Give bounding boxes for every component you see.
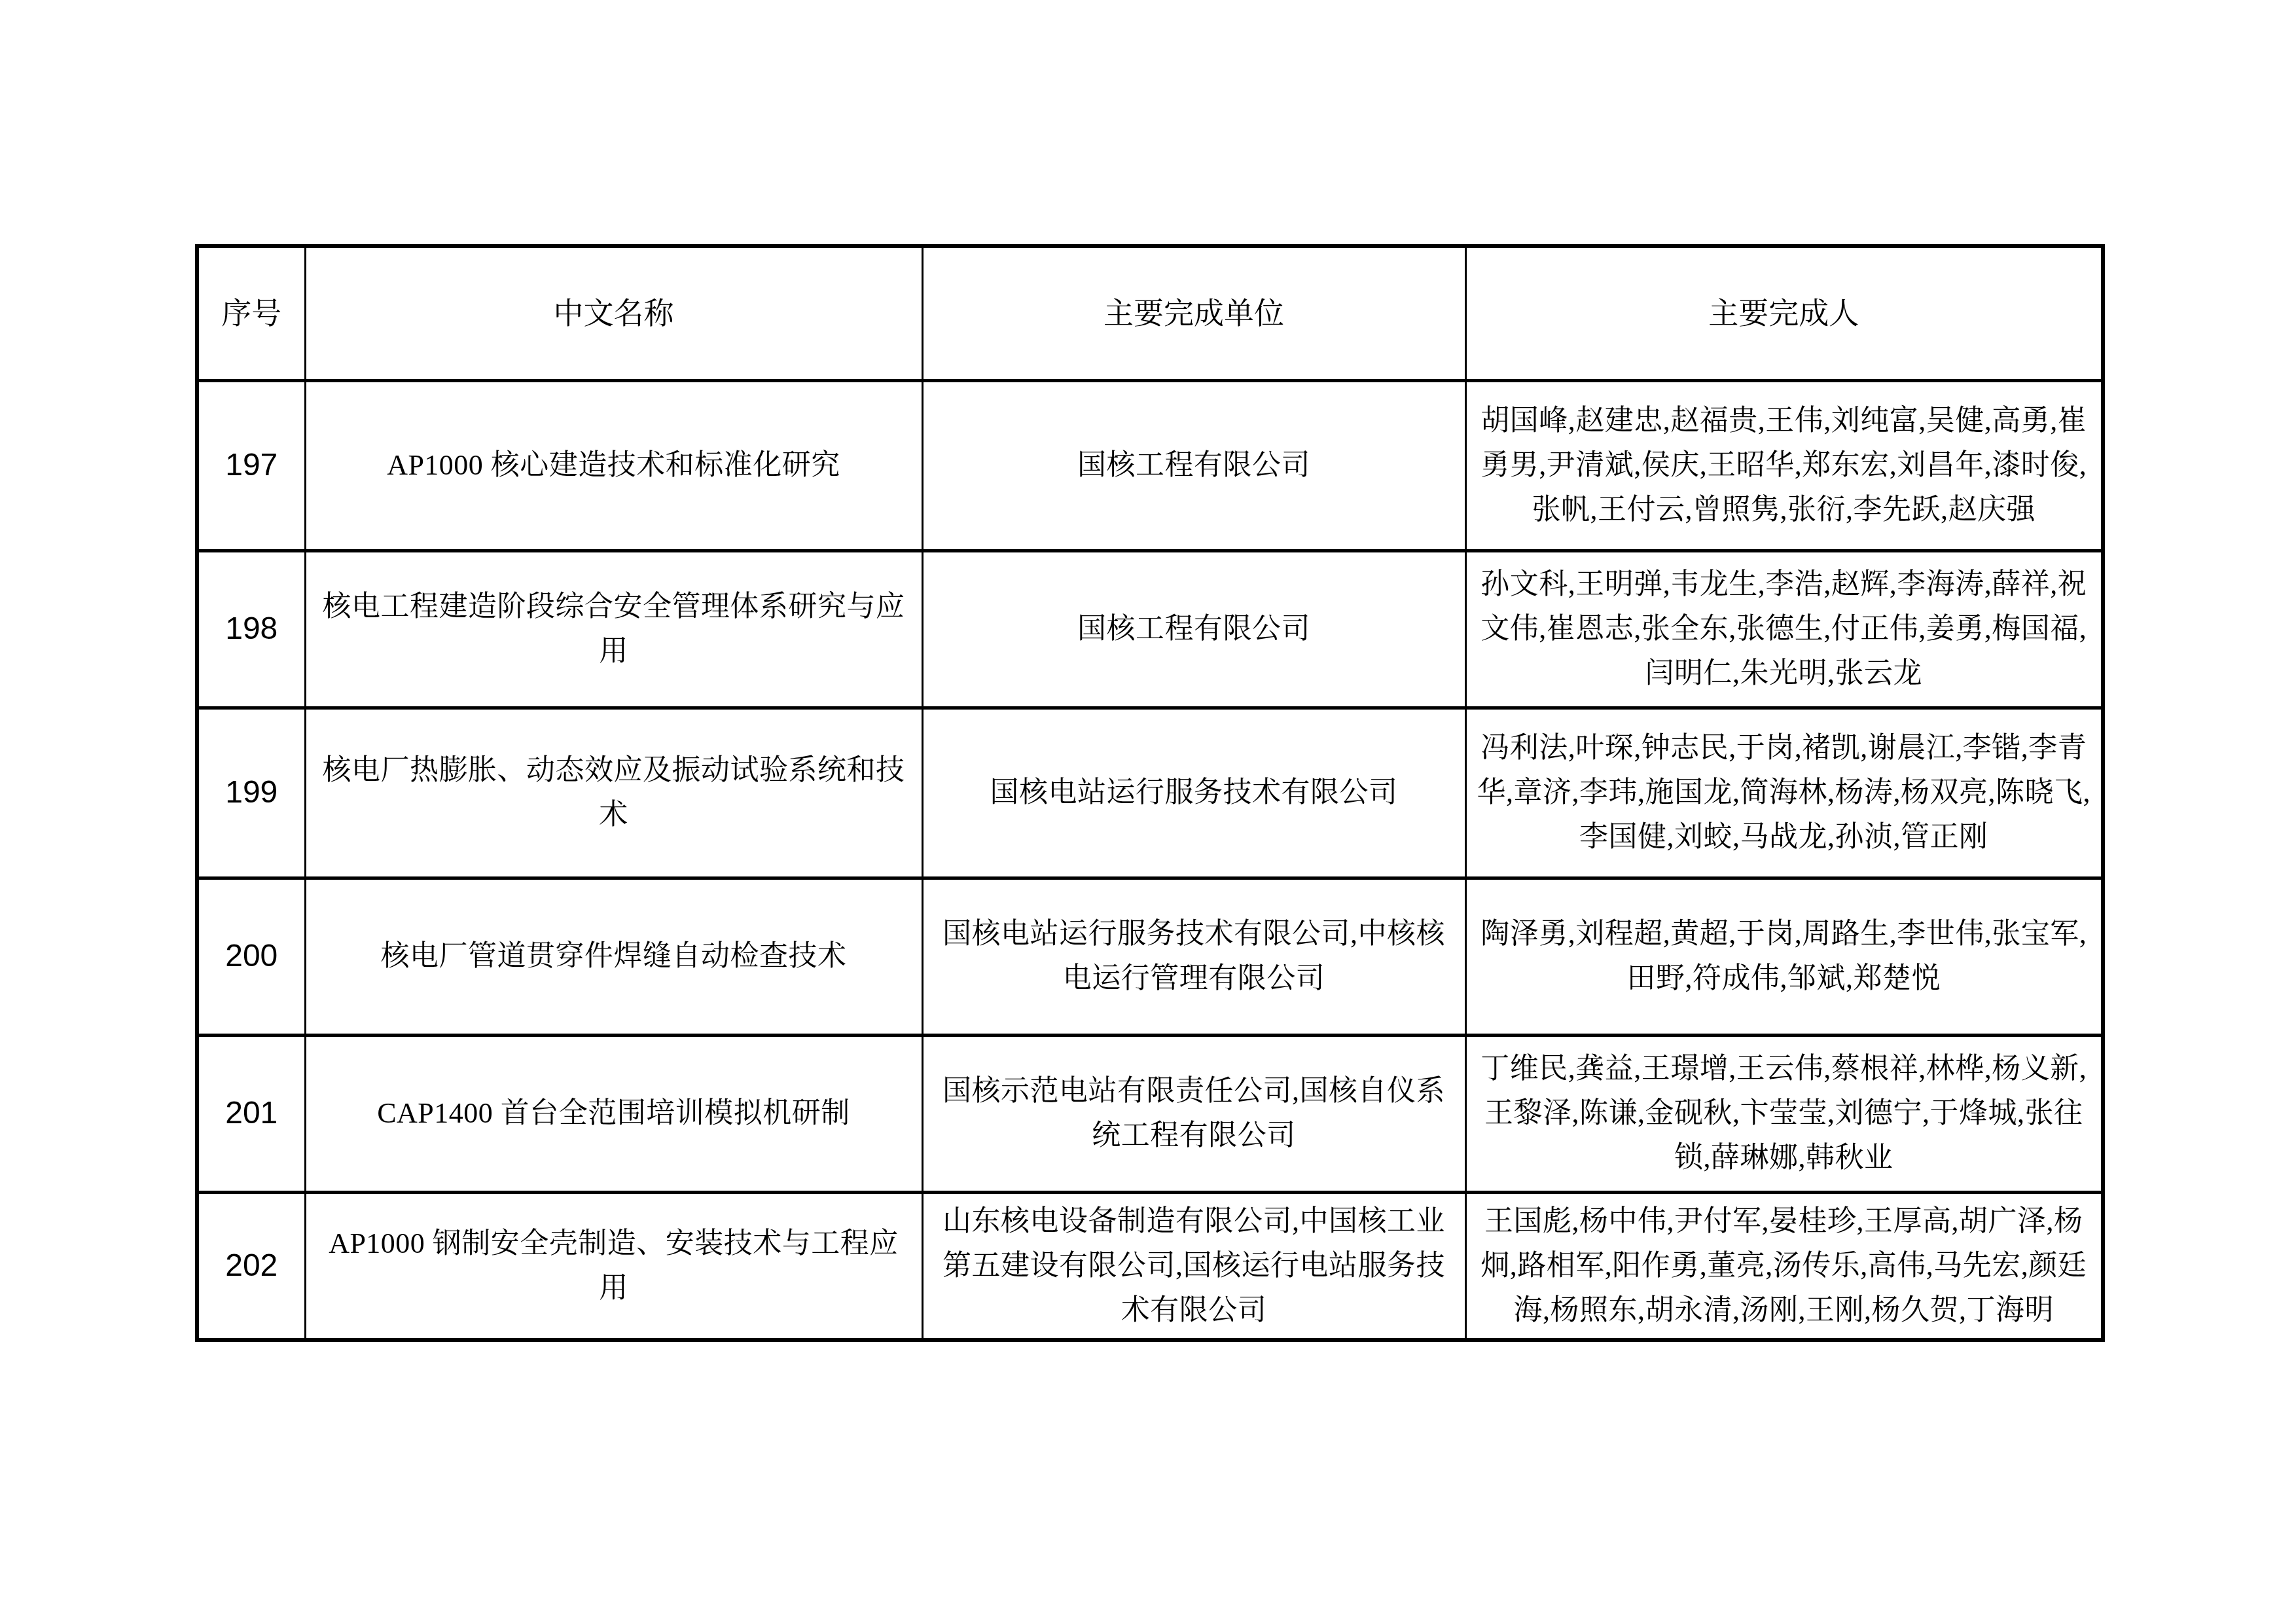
cell-main-unit: 国核工程有限公司: [922, 550, 1465, 708]
table-row: 199 核电厂热膨胀、动态效应及振动试验系统和技术 国核电站运行服务技术有限公司…: [197, 708, 2103, 878]
table-row: 200 核电厂管道贯穿件焊缝自动检查技术 国核电站运行服务技术有限公司,中核核电…: [197, 878, 2103, 1035]
cell-project-name: AP1000 核心建造技术和标准化研究: [305, 380, 922, 550]
cell-contributors: 孙文科,王明弹,韦龙生,李浩,赵辉,李海涛,薛祥,祝文伟,崔恩志,张全东,张德生…: [1465, 550, 2103, 708]
cell-main-unit: 国核电站运行服务技术有限公司,中核核电运行管理有限公司: [922, 878, 1465, 1035]
table-row: 198 核电工程建造阶段综合安全管理体系研究与应用 国核工程有限公司 孙文科,王…: [197, 550, 2103, 708]
cell-contributors: 胡国峰,赵建忠,赵福贵,王伟,刘纯富,吴健,高勇,崔勇男,尹清斌,侯庆,王昭华,…: [1465, 380, 2103, 550]
header-main-unit: 主要完成单位: [922, 246, 1465, 380]
cell-serial: 197: [197, 380, 305, 550]
cell-contributors: 冯利法,叶琛,钟志民,于岗,褚凯,谢晨江,李锴,李青华,章济,李玮,施国龙,简海…: [1465, 708, 2103, 878]
award-projects-table: 序号 中文名称 主要完成单位 主要完成人 197 AP1000 核心建造技术和标…: [195, 244, 2105, 1342]
cell-serial: 202: [197, 1192, 305, 1340]
cell-project-name: CAP1400 首台全范围培训模拟机研制: [305, 1035, 922, 1192]
cell-project-name: 核电工程建造阶段综合安全管理体系研究与应用: [305, 550, 922, 708]
cell-serial: 199: [197, 708, 305, 878]
table-row: 197 AP1000 核心建造技术和标准化研究 国核工程有限公司 胡国峰,赵建忠…: [197, 380, 2103, 550]
table-row: 202 AP1000 钢制安全壳制造、安装技术与工程应用 山东核电设备制造有限公…: [197, 1192, 2103, 1340]
cell-project-name: 核电厂热膨胀、动态效应及振动试验系统和技术: [305, 708, 922, 878]
cell-main-unit: 国核工程有限公司: [922, 380, 1465, 550]
cell-serial: 200: [197, 878, 305, 1035]
table-header-row: 序号 中文名称 主要完成单位 主要完成人: [197, 246, 2103, 380]
cell-project-name: AP1000 钢制安全壳制造、安装技术与工程应用: [305, 1192, 922, 1340]
cell-contributors: 陶泽勇,刘程超,黄超,于岗,周路生,李世伟,张宝军,田野,符成伟,邹斌,郑楚悦: [1465, 878, 2103, 1035]
cell-main-unit: 国核示范电站有限责任公司,国核自仪系统工程有限公司: [922, 1035, 1465, 1192]
header-chinese-name: 中文名称: [305, 246, 922, 380]
cell-main-unit: 国核电站运行服务技术有限公司: [922, 708, 1465, 878]
cell-main-unit: 山东核电设备制造有限公司,中国核工业第五建设有限公司,国核运行电站服务技术有限公…: [922, 1192, 1465, 1340]
document-page: 序号 中文名称 主要完成单位 主要完成人 197 AP1000 核心建造技术和标…: [0, 0, 2296, 1624]
cell-contributors: 王国彪,杨中伟,尹付军,晏桂珍,王厚高,胡广泽,杨炯,路相军,阳作勇,董亮,汤传…: [1465, 1192, 2103, 1340]
cell-project-name: 核电厂管道贯穿件焊缝自动检查技术: [305, 878, 922, 1035]
table-row: 201 CAP1400 首台全范围培训模拟机研制 国核示范电站有限责任公司,国核…: [197, 1035, 2103, 1192]
cell-serial: 201: [197, 1035, 305, 1192]
header-main-contributors: 主要完成人: [1465, 246, 2103, 380]
cell-contributors: 丁维民,龚益,王璟增,王云伟,蔡根祥,林桦,杨义新,王黎泽,陈谦,金砚秋,卞莹莹…: [1465, 1035, 2103, 1192]
cell-serial: 198: [197, 550, 305, 708]
header-serial-number: 序号: [197, 246, 305, 380]
